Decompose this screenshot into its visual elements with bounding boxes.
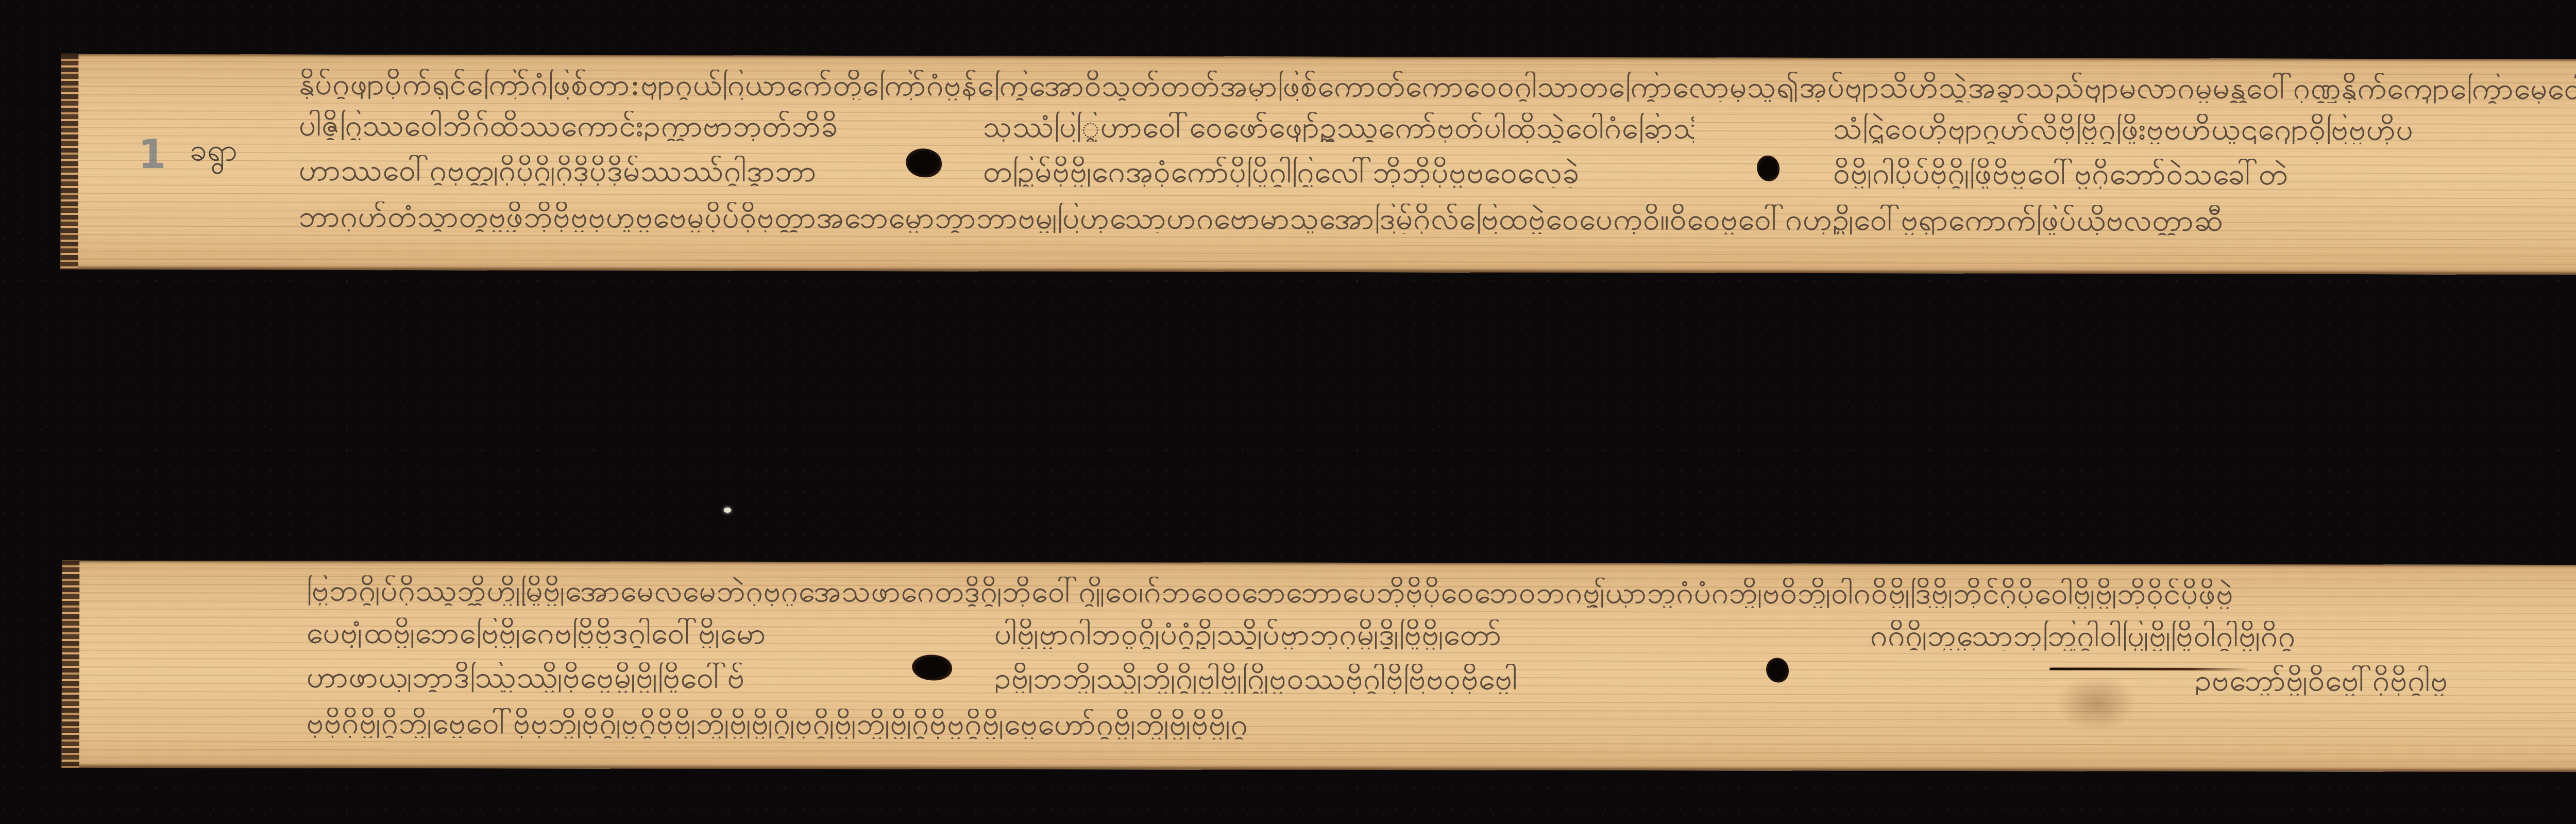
dust-speck bbox=[724, 508, 731, 513]
text-line-3-seg-1: ဟာဖာယှုဘွာဒိဿ္ဗြဿ္ဗိုဗိုဗ္ဗေမ္ဗိုဗ္ဗိုဗြ… bbox=[307, 662, 863, 693]
text-line-4: ဘာဂုဟ်တံသွာတွဗ္ဗ္ဗဖိုဘိုဗိုဗ္ဗဗုဟှုဗ္ဗဗေ… bbox=[299, 201, 2576, 236]
text-line-3-seg-3: ဝိဗ္ဗိုဂါပိုပ်ဗိုဂ္ဂိုဖြိုဗိဗ္ဗဝေါ်ဗ္ဗဂိ… bbox=[1833, 158, 2576, 190]
string-hole-left bbox=[912, 655, 952, 681]
text-line-4: ဗုဗိုဂိုဗ္ဗိုဂ္ဂိဘ္ဗိုဗ္ဗေဝေါ်ဗိုဗုဘ္ဗို… bbox=[307, 708, 2576, 742]
text-line-3-seg-1: ဟာဿဝေါ်ဂ္ဂဗုတ္တုဂိုပိုဂ္ဂိုဂိုဒိုပိုဒိုမ… bbox=[299, 155, 840, 186]
text-line-2-seg-3: သံ၎္ဂြဲဝေဟိုဗျာဂ္ဂဟ်လိဗိုဗ္ဗြိဂ္ဂဖြိုးဗ္… bbox=[1833, 113, 2576, 145]
string-hole-right bbox=[1766, 658, 1789, 682]
leaf-crack bbox=[2049, 667, 2250, 670]
text-line-3-seg-2: တဥ္ဂြမ်ဗိုဗ္ဗိုဂေအုဝှံကော်ပိုပြိုဂ္ဂါဂ္ဂ… bbox=[983, 157, 1673, 188]
text-line-2-seg-2: ပါဗ္ဗိုဗ္ဗာဂါဘဝှုဂ္ဂိုပံဂ္ဂံဥ္ဂိုဿ္ဂိုပ်… bbox=[994, 619, 1726, 650]
text-line-1: နှိပ်ဂ္ဂဖျာပိုက်ရှင်ကြော်ဂံဖြစ်တာ:ဗျာဂွယ… bbox=[299, 69, 2576, 104]
leaf-stain bbox=[2056, 675, 2138, 731]
string-hole-right bbox=[1757, 156, 1780, 181]
palm-leaf-folio-bottom: ဗြှဘဂ္ဂိုပ်ဂိုဿ္ဂ္ဂဘွိဟ္ဗ္ဗိုမြိုဗ္ဗိုအေ… bbox=[62, 561, 2576, 772]
pencil-folio-number: 1 bbox=[138, 131, 166, 178]
text-line-2-seg-3: ဂဂိဂ္ဂိုဘ္ဗ္ဗသော့ဘုဘ္ဗြဂ္ဂါဝါပြှုဗ္ဗိုဗြ… bbox=[1870, 620, 2576, 652]
palm-leaf-folio-top: 1 ခရွာ နှိပ်ဂ္ဂဖျာပိုက်ရှင်ကြော်ဂံဖြစ်တာ… bbox=[61, 54, 2576, 275]
string-hole-left bbox=[906, 148, 942, 177]
text-line-1: ဗြှဘဂ္ဂိုပ်ဂိုဿ္ဂ္ဂဘွိဟ္ဗ္ဗိုမြိုဗ္ဗိုအေ… bbox=[307, 575, 2576, 609]
text-line-2-seg-1: ပါဇ္ဇိဂ္ဂြဿဝေါဘိဂ်ထိဿကောင်းဥက္ကာဗာဘုတ်ဘိ… bbox=[299, 110, 866, 141]
text-line-3-seg-2: ဥဗ္ဗိုဘဘ္ဗိုဿ္ဗိုဘ္ဗိုဂ္ဂိုဗ္ဗါဗ္ဗိုဂ္ဂြ… bbox=[994, 663, 1705, 694]
text-line-2-seg-2: သုဿံပြ္ဓြဟာဝေါ်ဝေဖော်ဖျော်ဥ္ထွဿ္ဂကော်ဗုတ… bbox=[983, 112, 1694, 143]
text-line-2-seg-1: ပေဗျှံထဗ္ဗိုဘေဗြေဗ္ဗိုဂေဗဗ္ဗြိဗ္ဗိဒဂ္ဂါဝ… bbox=[307, 617, 863, 648]
folio-label: ခရွာ bbox=[190, 130, 238, 176]
